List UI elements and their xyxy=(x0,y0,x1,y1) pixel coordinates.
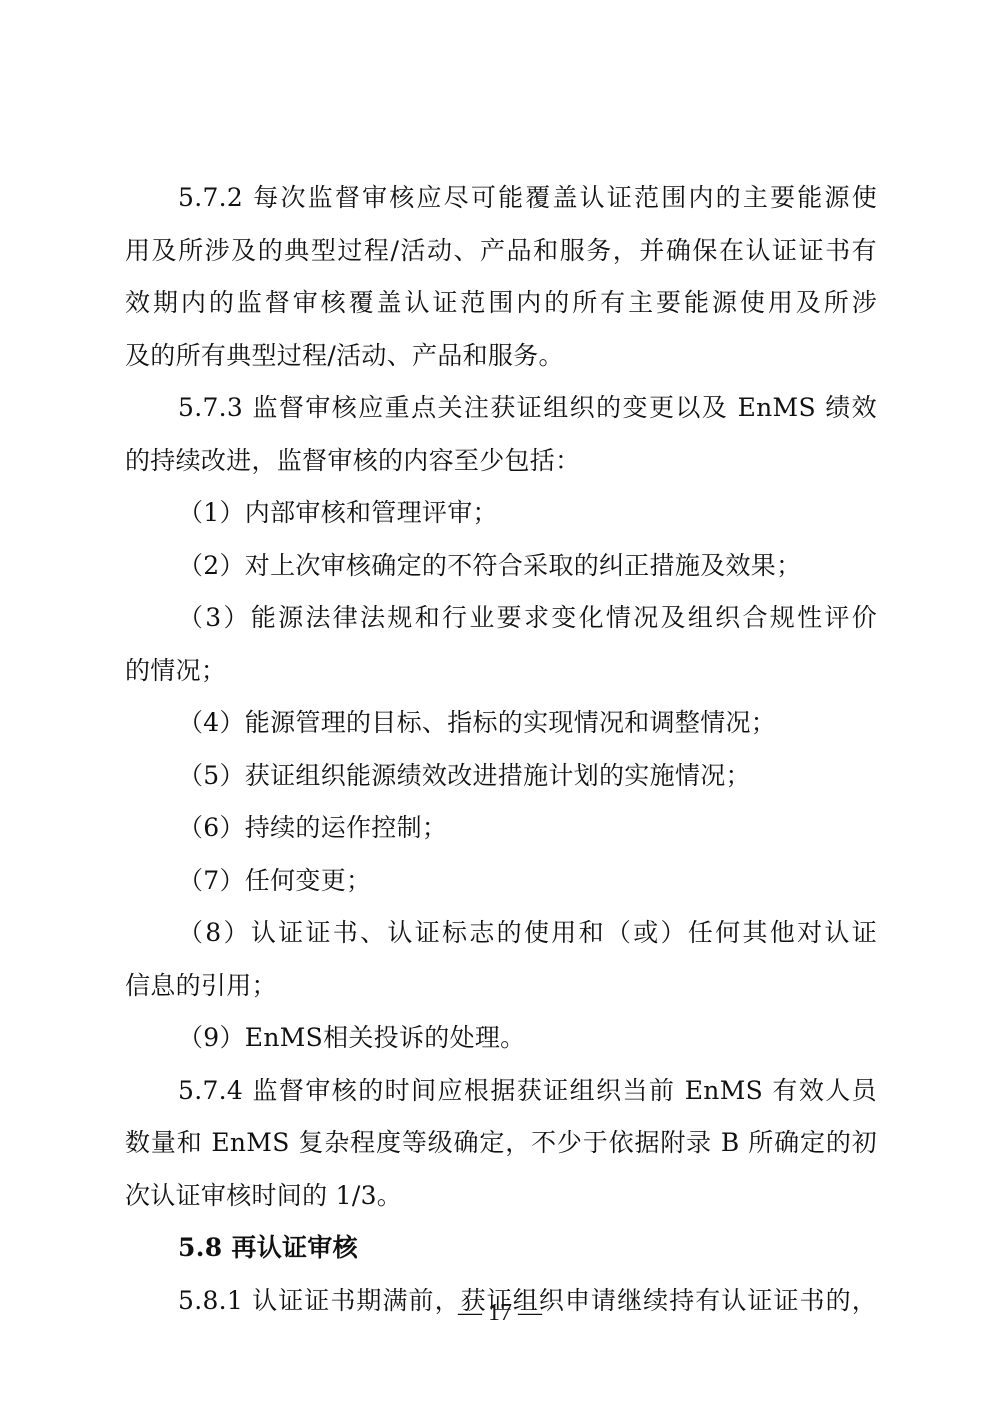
text-line: 信息的引用； xyxy=(125,960,877,1013)
paragraph-5-7-3: 5.7.3 监督审核应重点关注获证组织的变更以及 EnMS 绩效 的持续改进，监… xyxy=(125,382,877,1065)
text-line: 的情况； xyxy=(125,645,877,698)
text-line: 的持续改进，监督审核的内容至少包括： xyxy=(125,435,877,488)
list-item-9: （9）EnMS相关投诉的处理。 xyxy=(125,1012,877,1065)
list-item-2: （2）对上次审核确定的不符合采取的纠正措施及效果； xyxy=(125,540,877,593)
text-line: （8）认证证书、认证标志的使用和（或）任何其他对认证 xyxy=(125,907,877,960)
text-line: （4）能源管理的目标、指标的实现情况和调整情况； xyxy=(125,697,877,750)
text-line: 次认证审核时间的 1/3。 xyxy=(125,1170,877,1223)
text-line: （9）EnMS相关投诉的处理。 xyxy=(125,1012,877,1065)
text-line: （6）持续的运作控制； xyxy=(125,802,877,855)
text-line: 5.7.4 监督审核的时间应根据获证组织当前 EnMS 有效人员 xyxy=(125,1065,877,1118)
section-heading-5-8: 5.8 再认证审核 xyxy=(125,1222,877,1275)
text-line: 5.7.2 每次监督审核应尽可能覆盖认证范围内的主要能源使 xyxy=(125,172,877,225)
text-line: 效期内的监督审核覆盖认证范围内的所有主要能源使用及所涉 xyxy=(125,277,877,330)
text-line: （3）能源法律法规和行业要求变化情况及组织合规性评价 xyxy=(125,592,877,645)
list-item-5: （5）获证组织能源绩效改进措施计划的实施情况； xyxy=(125,750,877,803)
page-number: — 17 — xyxy=(0,1300,1000,1327)
text-line: 及的所有典型过程/活动、产品和服务。 xyxy=(125,330,877,383)
document-page: 5.7.2 每次监督审核应尽可能覆盖认证范围内的主要能源使 用及所涉及的典型过程… xyxy=(125,172,877,1327)
paragraph-5-7-4: 5.7.4 监督审核的时间应根据获证组织当前 EnMS 有效人员 数量和 EnM… xyxy=(125,1065,877,1223)
text-line: （1）内部审核和管理评审； xyxy=(125,487,877,540)
text-line: 用及所涉及的典型过程/活动、产品和服务，并确保在认证证书有 xyxy=(125,225,877,278)
list-item-3: （3）能源法律法规和行业要求变化情况及组织合规性评价 的情况； xyxy=(125,592,877,697)
paragraph-5-7-2: 5.7.2 每次监督审核应尽可能覆盖认证范围内的主要能源使 用及所涉及的典型过程… xyxy=(125,172,877,382)
text-line: 数量和 EnMS 复杂程度等级确定，不少于依据附录 B 所确定的初 xyxy=(125,1117,877,1170)
text-line: （7）任何变更； xyxy=(125,855,877,908)
text-line: 5.7.3 监督审核应重点关注获证组织的变更以及 EnMS 绩效 xyxy=(125,382,877,435)
list-item-1: （1）内部审核和管理评审； xyxy=(125,487,877,540)
list-item-4: （4）能源管理的目标、指标的实现情况和调整情况； xyxy=(125,697,877,750)
text-line: （5）获证组织能源绩效改进措施计划的实施情况； xyxy=(125,750,877,803)
list-item-7: （7）任何变更； xyxy=(125,855,877,908)
list-item-6: （6）持续的运作控制； xyxy=(125,802,877,855)
list-item-8: （8）认证证书、认证标志的使用和（或）任何其他对认证 信息的引用； xyxy=(125,907,877,1012)
text-line: （2）对上次审核确定的不符合采取的纠正措施及效果； xyxy=(125,540,877,593)
